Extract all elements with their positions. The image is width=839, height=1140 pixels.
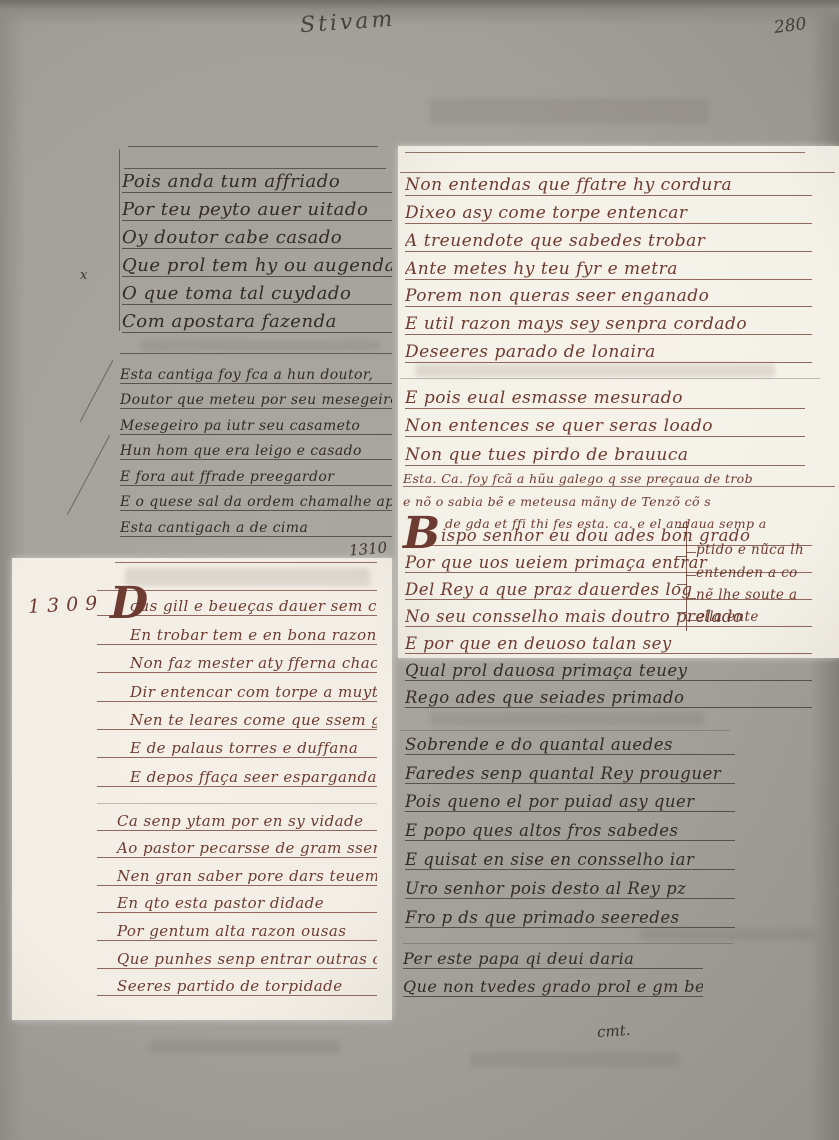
manuscript-line: Hun hom que era leigo e casado xyxy=(120,435,392,461)
bleedthrough-smudge xyxy=(470,1052,680,1067)
manuscript-line: E pois eual esmasse mesurado xyxy=(405,380,805,409)
manuscript-line: Per este papa qi deui daria xyxy=(403,941,703,969)
left-bracket-flourish xyxy=(119,149,120,331)
bleedthrough-smudge xyxy=(140,340,380,351)
manuscript-line: Mesegeiro pa iutr seu casameto xyxy=(120,409,392,435)
manuscript-line: Uro senhor pois desto al Rey pz xyxy=(405,870,735,899)
bleedthrough-smudge xyxy=(640,928,815,941)
right-stanza-b: E pois eual esmasse mesuradoNon entences… xyxy=(405,380,805,466)
ruling-line xyxy=(405,152,805,153)
manuscript-line: Seeres partido de torpidade xyxy=(97,969,377,997)
bleedthrough-smudge xyxy=(150,1040,340,1054)
manuscript-line: Esta cantigach a de cima xyxy=(120,511,392,537)
manuscript-line: En trobar tem e en bona razon xyxy=(97,616,377,644)
ruling-line xyxy=(120,353,392,354)
manuscript-line: O que toma tal cuydado xyxy=(122,277,392,305)
manuscript-line: Fro p ds que primado seeredes xyxy=(405,899,735,928)
manuscript-line: nẽ lhe soute a xyxy=(696,581,836,603)
manuscript-line: Ca senp ytam por en sy vidade xyxy=(97,803,377,831)
ruling-line xyxy=(128,146,378,147)
manuscript-line: ous gill e beueças dauer sem copido xyxy=(97,588,377,616)
manuscript-line: Rego ades que seiades primado xyxy=(405,681,812,708)
end-mark: cmt. xyxy=(596,1021,631,1041)
ruling-line xyxy=(115,562,377,563)
manuscript-line: Oy doutor cabe casado xyxy=(122,221,392,249)
manuscript-line: Por teu peyto auer uitado xyxy=(122,193,392,221)
manuscript-line: E por que en deuoso talan sey xyxy=(405,627,812,654)
manuscript-line: Deseeres parado de lonaira xyxy=(405,335,812,363)
manuscript-line: Por gentum alta razon ousas xyxy=(97,913,377,941)
manuscript-page: Stivam 280 x 1310 1309 cmt. Pois anda tu… xyxy=(0,0,839,1140)
manuscript-line: e nõ o sabia bẽ e meteusa mãny de Tenzõ … xyxy=(403,487,835,509)
manuscript-line: E quisat en sise en consselho iar xyxy=(405,841,735,870)
bleedthrough-smudge xyxy=(430,98,710,124)
manuscript-line: Dixeo asy come torpe entencar xyxy=(405,196,812,224)
manuscript-line: Ao pastor pecarsse de gram ssem xyxy=(97,831,377,859)
manuscript-line: ella ente xyxy=(696,603,836,625)
manuscript-line: Sobrende e do quantal auedes xyxy=(405,726,735,755)
margin-x-mark: x xyxy=(80,268,87,283)
manuscript-line: Ante metes hy teu fyr e metra xyxy=(405,252,812,280)
right-poem-stanza-3: Per este papa qi deui dariaQue non tvede… xyxy=(403,941,703,997)
right-stanza-a: Non entendas que ffatre hy corduraDixeo … xyxy=(405,168,812,363)
manuscript-line: E depos ffaça seer esparganda xyxy=(97,758,377,786)
left-stanza-a: Pois anda tum affriadoPor teu peyto auer… xyxy=(122,165,392,333)
left-poem-stanza-1: ous gill e beueças dauer sem copidoEn tr… xyxy=(97,588,377,787)
manuscript-line: E popo ques altos fros sabedes xyxy=(405,812,735,841)
manuscript-line: Porem non queras seer enganado xyxy=(405,280,812,308)
manuscript-line: Que non tvedes grado prol e gm bem xyxy=(403,969,703,997)
manuscript-line: E o quese sal da ordem chamalhe apostam. xyxy=(120,486,392,512)
bleedthrough-smudge xyxy=(125,568,370,586)
left-poem-stanza-2: Ca senp ytam por en sy vidadeAo pastor p… xyxy=(97,803,377,996)
manuscript-line: ptido e nũca lh xyxy=(696,536,836,558)
margin-note: ptido e nũca lhentenden a conẽ lhe soute… xyxy=(696,536,836,625)
left-rubric: Esta cantiga foy fca a hun doutor,Doutor… xyxy=(120,358,392,537)
manuscript-line: Non faz mester aty fferna chacom xyxy=(97,645,377,673)
manuscript-line: Que punhes senp entrar outras cousas xyxy=(97,941,377,969)
manuscript-line: E util razon mays sey senpra cordado xyxy=(405,307,812,335)
ruling-line xyxy=(400,378,820,379)
manuscript-line: Non entences se quer seras loado xyxy=(405,409,805,438)
manuscript-line: Com apostara fazenda xyxy=(122,305,392,333)
manuscript-line: entenden a co xyxy=(696,558,836,580)
folio-number: 280 xyxy=(773,14,808,38)
colocci-number-1309: 1309 xyxy=(27,592,104,618)
manuscript-line: Pois anda tum affriado xyxy=(122,165,392,193)
manuscript-line: E de palaus torres e duffana xyxy=(97,730,377,758)
manuscript-line: Faredes senp quantal Rey prouguer xyxy=(405,755,735,784)
rubric-swash xyxy=(80,360,114,422)
manuscript-line: Nen te leares come que ssem gana xyxy=(97,702,377,730)
manuscript-line: Esta. Ca. foy fcã a hũu galego q sse pre… xyxy=(403,464,835,487)
manuscript-line: Non que tues pirdo de brauuca xyxy=(405,437,805,466)
manuscript-line: Pois queno el por puiad asy quer xyxy=(405,784,735,813)
manuscript-line: Nen gran saber pore dars teuem xyxy=(97,858,377,886)
rubric-swash xyxy=(67,435,110,515)
manuscript-line: Que prol tem hy ou augenda xyxy=(122,249,392,277)
manuscript-line: Dir entencar com torpe a muyto xyxy=(97,673,377,701)
manuscript-line: A treuendote que sabedes trobar xyxy=(405,224,812,252)
manuscript-line: Non entendas que ffatre hy cordura xyxy=(405,168,812,196)
bleedthrough-smudge xyxy=(430,712,705,726)
bleedthrough-smudge xyxy=(415,364,775,377)
colocci-number-1310: 1310 xyxy=(348,538,388,559)
manuscript-line: E fora aut ffrade preegardor xyxy=(120,460,392,486)
manuscript-line: Doutor que meteu por seu mesegeiro xyxy=(120,384,392,410)
top-inscription: Stivam xyxy=(299,7,396,39)
right-poem-stanza-2: Sobrende e do quantal auedesFaredes senp… xyxy=(405,726,735,928)
manuscript-line: Qual prol dauosa primaça teuey xyxy=(405,654,812,681)
manuscript-line: Esta cantiga foy fca a hun doutor, xyxy=(120,358,392,384)
manuscript-line: En qto esta pastor didade xyxy=(97,886,377,914)
